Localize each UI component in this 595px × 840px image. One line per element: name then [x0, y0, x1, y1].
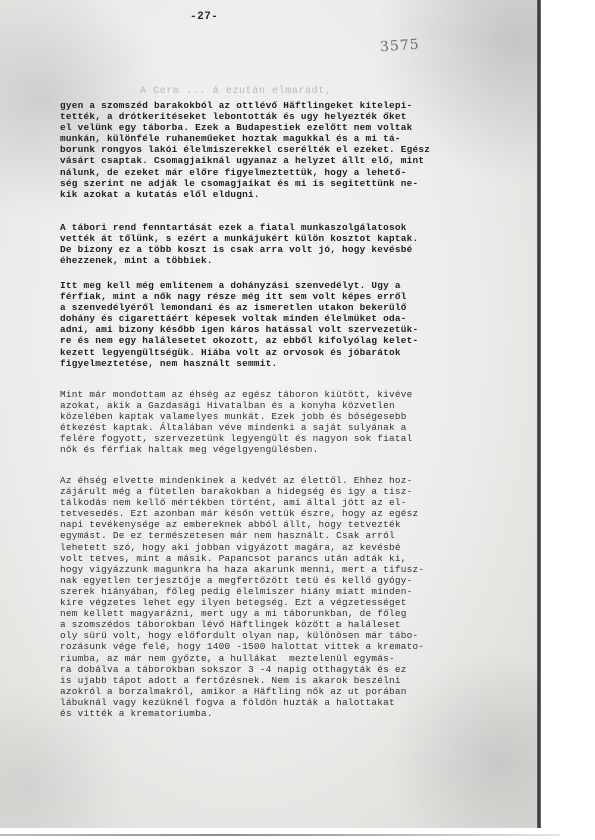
text-line: a szomszédos táborokban lévő Häftlingek …	[60, 619, 530, 630]
text-line: nak egyetlen terjesztője a megfertőzött …	[60, 575, 530, 586]
text-line: re és nem egy halálesetet okozott, az eb…	[60, 335, 530, 346]
text-line: ség szerint ne adják le csomagjaikat és …	[60, 178, 530, 189]
paragraph-4: Mint már mondottam az éhség az egész táb…	[60, 389, 530, 456]
page-number: -27-	[190, 11, 218, 23]
text-line: adni, ami bizony később igen káros hatás…	[60, 324, 530, 335]
bleed-through-text: A Cerm ... á ezután elmaradt,	[140, 86, 331, 97]
text-line: Mint már mondottam az éhség az egész táb…	[60, 389, 530, 400]
text-line: férfiak, mint a nők nagy része még itt s…	[60, 291, 530, 302]
text-line: borunk rongyos lakói élelmiszerekkel cse…	[60, 144, 530, 155]
text-line: kik azokat a kutatás elől eldugni.	[60, 189, 530, 200]
text-line: munkán, különféle ruhaneműeket hoztak ma…	[60, 133, 530, 144]
text-line: rozásunk vége felé, hogy 1400 -1500 halo…	[60, 641, 530, 652]
text-line: kire végzetes lehet egy ilyen betegség. …	[60, 597, 530, 608]
text-line: riumba, az már nem győzte, a hullákat me…	[60, 653, 530, 664]
text-line: azokat, akik a Gazdasági Hivatalban és a…	[60, 400, 530, 411]
text-line: is ujabb tápot adott a fertőzésnek. Nem …	[60, 675, 530, 686]
text-line: figyelmeztetése, nem használt semmit.	[60, 358, 530, 369]
text-line: közelében kaptak valamelyes munkát. Ezek…	[60, 411, 530, 422]
text-line: Itt meg kell még emlitenem a dohányzási …	[60, 280, 530, 291]
text-line: nem kellett magyarázni, mert ugy a mi tá…	[60, 608, 530, 619]
paragraph-2: A tábori rend fenntartását ezek a fiatal…	[60, 222, 530, 266]
text-line: lábuknál vagy kezüknél fogva a földön hu…	[60, 697, 530, 708]
text-line: lehetett szó, hogy aki jobban vigyázott …	[60, 542, 530, 553]
text-line: volt tetves, mint a másik. Papancsot par…	[60, 553, 530, 564]
text-line: tálkodás nem kellő mértékben történt, am…	[60, 497, 530, 508]
document-page: -27- 3575 A Cerm ... á ezután elmaradt, …	[0, 0, 540, 828]
text-line: és vitték a krematoriumba.	[60, 708, 530, 719]
text-line: azokról a borzalmakról, amikor a Häftlin…	[60, 686, 530, 697]
text-line: dohány és cigarettáért képesek voltak mi…	[60, 313, 530, 324]
text-line: egymást. De ez természetesen már nem has…	[60, 530, 530, 541]
text-line: éhezzenek, mint a többiek.	[60, 255, 530, 266]
handwritten-archive-number: 3575	[379, 37, 420, 56]
text-line: Az éhség elvette mindenkinek a kedvét az…	[60, 475, 530, 486]
text-line: tették, a drótkeritéseket lebontották és…	[60, 111, 530, 122]
page-edge-shadow	[537, 0, 541, 828]
text-line: hogy vigyázzunk magunkra ha haza akarunk…	[60, 564, 530, 575]
text-line: felére fogyott, szervezetünk legyengült …	[60, 433, 530, 444]
text-line: zájárult még a fütetlen barakokban a hid…	[60, 486, 530, 497]
text-line: oly sürü volt, hogy előfordult olyan nap…	[60, 630, 530, 641]
text-line: nálunk, de ezeket már előre figyelmeztet…	[60, 167, 530, 178]
text-line: a szenvedélyéről lemondani és az ismeret…	[60, 302, 530, 313]
text-line: kezett legyengültségük. Hiába volt az or…	[60, 347, 530, 358]
text-line: el velünk egy táborba. Ezek a Budapestie…	[60, 122, 530, 133]
text-line: vásárt csaptak. Csomagjaiknál ugyanaz a …	[60, 155, 530, 166]
text-line: vették át tőlünk, s ezért a munkájukért …	[60, 233, 530, 244]
text-line: szerek hiányában, főleg pedig élelmiszer…	[60, 586, 530, 597]
page-bottom-edge	[0, 834, 560, 836]
text-line: nők és férfiak haltak meg végelgyengülés…	[60, 444, 530, 455]
text-line: napi tevékenysége az embereknek abból ál…	[60, 519, 530, 530]
paragraph-1: gyen a szomszéd barakokból az ottlévő Hä…	[60, 100, 530, 200]
paragraph-3: Itt meg kell még emlitenem a dohányzási …	[60, 280, 530, 369]
text-line: De bizony ez a több koszt is csak arra v…	[60, 244, 530, 255]
text-line: gyen a szomszéd barakokból az ottlévő Hä…	[60, 100, 530, 111]
text-line: tetvesedés. Ezt azonban már későn vettük…	[60, 508, 530, 519]
text-line: A tábori rend fenntartását ezek a fiatal…	[60, 222, 530, 233]
text-line: ra dobálva a táborokban sokszor 3 -4 nap…	[60, 664, 530, 675]
text-line: étkezést kaptak. Általában véve mindenki…	[60, 422, 530, 433]
paragraph-5: Az éhség elvette mindenkinek a kedvét az…	[60, 475, 530, 719]
